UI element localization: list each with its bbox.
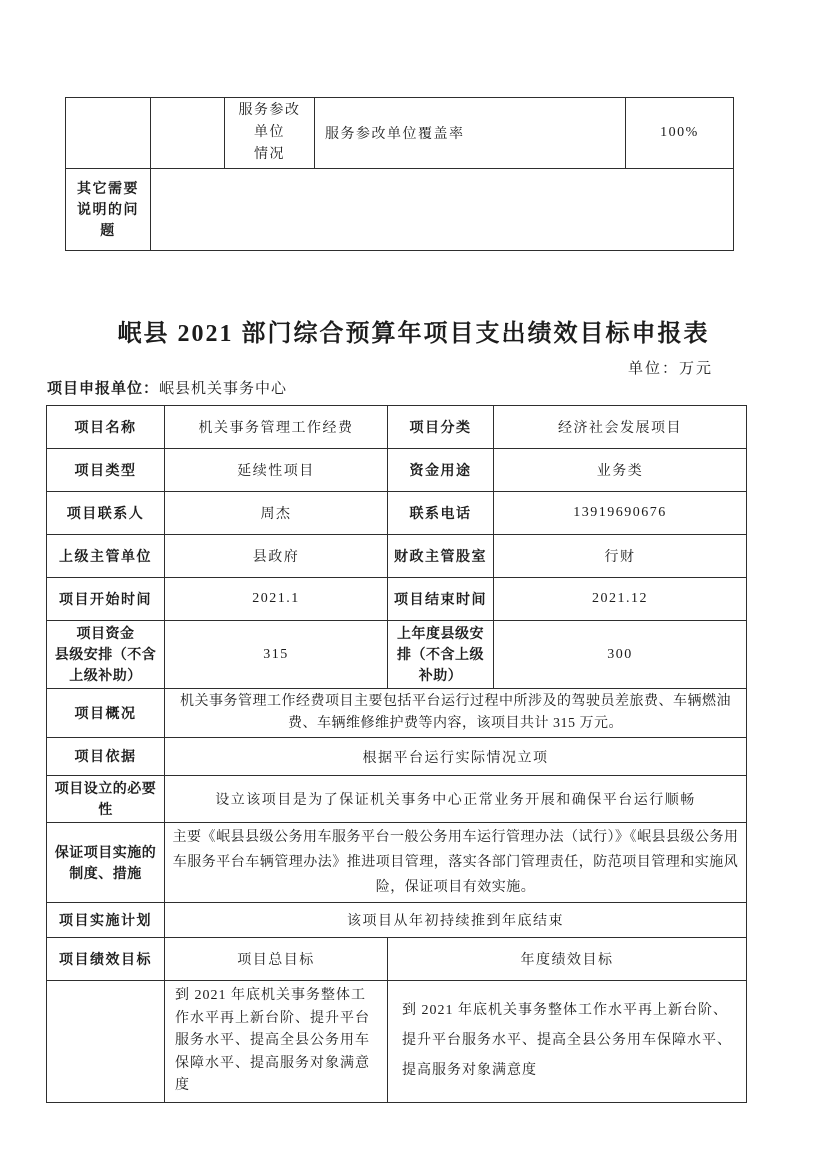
- table-row: 项目联系人 周杰 联系电话 13919690676: [47, 492, 747, 535]
- field-value: 业务类: [494, 449, 747, 492]
- field-value: 设立该项目是为了保证机关事务中心正常业务开展和确保平台运行顺畅: [165, 776, 747, 823]
- table-row: 项目类型 延续性项目 资金用途 业务类: [47, 449, 747, 492]
- performance-goal-label: 项目绩效目标: [47, 938, 165, 981]
- field-label: 项目依据: [47, 738, 165, 776]
- field-label: 联系电话: [388, 492, 494, 535]
- field-label: 资金用途: [388, 449, 494, 492]
- field-label: 项目资金 县级安排（不含 上级补助）: [47, 621, 165, 689]
- table-row: 项目实施计划 该项目从年初持续推到年底结束: [47, 903, 747, 938]
- field-value: 机关事务管理工作经费: [165, 406, 388, 449]
- overall-goal-content: 到 2021 年底机关事务整体工作水平再上新台阶、提升平台服务水平、提高全县公务…: [165, 981, 388, 1103]
- overall-goal-header: 项目总目标: [165, 938, 388, 981]
- table-row: 项目概况 机关事务管理工作经费项目主要包括平台运行过程中所涉及的驾驶员差旅费、车…: [47, 689, 747, 738]
- field-value: 315: [165, 621, 388, 689]
- field-value: 县政府: [165, 535, 388, 578]
- annual-goal-header: 年度绩效目标: [388, 938, 747, 981]
- table-row: 到 2021 年底机关事务整体工作水平再上新台阶、提升平台服务水平、提高全县公务…: [47, 981, 747, 1103]
- indicator-value-cell: 100%: [626, 98, 734, 169]
- goal-empty-cell: [47, 981, 165, 1103]
- document-page: 服务参改单位 情况 服务参改单位覆盖率 100% 其它需要 说明的问 题 岷县 …: [0, 0, 827, 1169]
- field-value: 该项目从年初持续推到年底结束: [165, 903, 747, 938]
- other-issues-content: [151, 169, 734, 251]
- table-row: 保证项目实施的制度、措施 主要《岷县县级公务用车服务平台一般公务用车运行管理办法…: [47, 823, 747, 903]
- field-label: 财政主管股室: [388, 535, 494, 578]
- declare-unit-label: 项目申报单位：: [47, 380, 159, 397]
- field-label: 项目分类: [388, 406, 494, 449]
- field-label: 上级主管单位: [47, 535, 165, 578]
- top-empty-cell-2: [151, 98, 225, 169]
- field-label: 项目实施计划: [47, 903, 165, 938]
- other-issues-label: 其它需要 说明的问 题: [66, 169, 151, 251]
- indicator-group-cell: 服务参改单位 情况: [225, 98, 315, 169]
- field-value: 机关事务管理工作经费项目主要包括平台运行过程中所涉及的驾驶员差旅费、车辆燃油费、…: [165, 689, 747, 738]
- top-continuation-table: 服务参改单位 情况 服务参改单位覆盖率 100% 其它需要 说明的问 题: [65, 97, 734, 251]
- field-value: 2021.1: [165, 578, 388, 621]
- indicator-name-cell: 服务参改单位覆盖率: [315, 98, 626, 169]
- field-label: 项目联系人: [47, 492, 165, 535]
- field-label: 项目开始时间: [47, 578, 165, 621]
- field-value: 2021.12: [494, 578, 747, 621]
- declare-unit-line: 项目申报单位：岷县机关事务中心: [47, 377, 287, 398]
- field-label: 保证项目实施的制度、措施: [47, 823, 165, 903]
- page-title: 岷县 2021 部门综合预算年项目支出绩效目标申报表: [0, 313, 827, 348]
- field-value: 经济社会发展项目: [494, 406, 747, 449]
- main-declaration-table: 项目名称 机关事务管理工作经费 项目分类 经济社会发展项目 项目类型 延续性项目…: [46, 405, 747, 1103]
- table-row: 项目资金 县级安排（不含 上级补助） 315 上年度县级安 排（不含上级 补助）…: [47, 621, 747, 689]
- table-row: 项目设立的必要性 设立该项目是为了保证机关事务中心正常业务开展和确保平台运行顺畅: [47, 776, 747, 823]
- field-label: 项目结束时间: [388, 578, 494, 621]
- field-value: 300: [494, 621, 747, 689]
- table-row: 项目依据 根据平台运行实际情况立项: [47, 738, 747, 776]
- field-label: 项目概况: [47, 689, 165, 738]
- field-value: 根据平台运行实际情况立项: [165, 738, 747, 776]
- field-label: 上年度县级安 排（不含上级 补助）: [388, 621, 494, 689]
- field-value: 周杰: [165, 492, 388, 535]
- table-row: 项目名称 机关事务管理工作经费 项目分类 经济社会发展项目: [47, 406, 747, 449]
- annual-goal-content: 到 2021 年底机关事务整体工作水平再上新台阶、提升平台服务水平、提高全县公务…: [388, 981, 747, 1103]
- top-empty-cell-1: [66, 98, 151, 169]
- table-row: 项目开始时间 2021.1 项目结束时间 2021.12: [47, 578, 747, 621]
- unit-note: 单位：万元: [628, 357, 713, 378]
- field-value: 行财: [494, 535, 747, 578]
- table-row: 项目绩效目标 项目总目标 年度绩效目标: [47, 938, 747, 981]
- field-value: 延续性项目: [165, 449, 388, 492]
- declare-unit-value: 岷县机关事务中心: [159, 381, 287, 397]
- field-label: 项目名称: [47, 406, 165, 449]
- field-label: 项目设立的必要性: [47, 776, 165, 823]
- table-row: 上级主管单位 县政府 财政主管股室 行财: [47, 535, 747, 578]
- field-value: 13919690676: [494, 492, 747, 535]
- field-label: 项目类型: [47, 449, 165, 492]
- field-value: 主要《岷县县级公务用车服务平台一般公务用车运行管理办法（试行）》《岷县县级公务用…: [165, 823, 747, 903]
